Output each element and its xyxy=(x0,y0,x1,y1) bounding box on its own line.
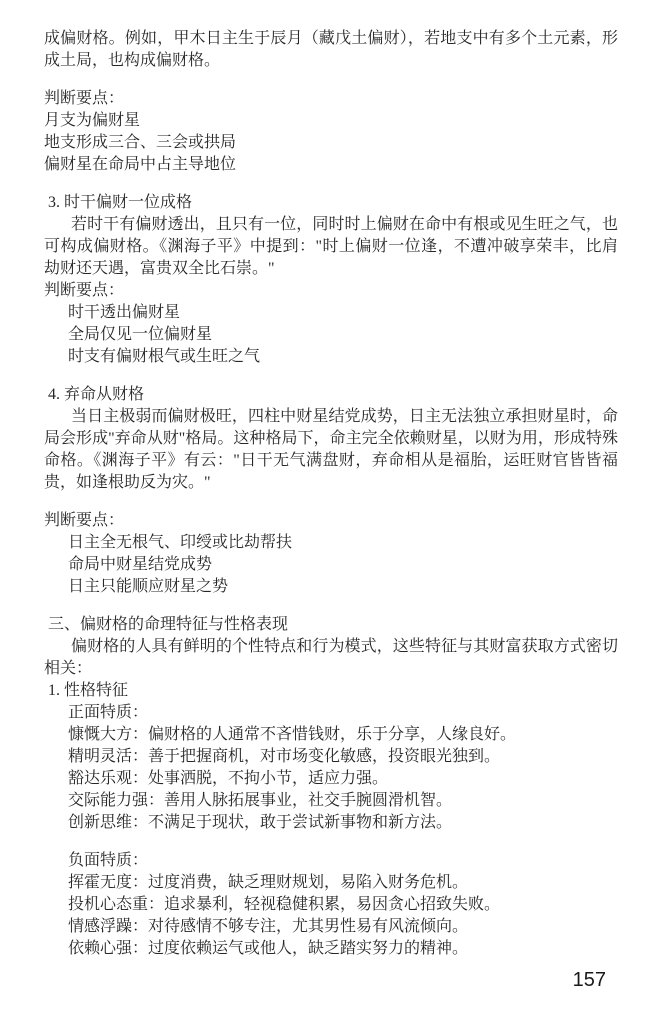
page-number: 157 xyxy=(573,968,606,992)
spacer xyxy=(44,494,618,510)
list-item: 负面特质： xyxy=(44,850,618,872)
label-line: 地支形成三合、三会或拱局 xyxy=(44,132,618,154)
section-heading: 4. 弃命从财格 xyxy=(44,384,618,406)
paragraph: 当日主极弱而偏财极旺，四柱中财星结党成势，日主无法独立承担财星时，命局会形成"弃… xyxy=(44,406,618,494)
list-item: 日主全无根气、印绶或比劫帮扶 xyxy=(44,532,618,554)
list-item: 依赖心强：过度依赖运气或他人，缺乏踏实努力的精神。 xyxy=(44,938,618,960)
spacer xyxy=(44,72,618,88)
label-line: 判断要点： xyxy=(44,88,618,110)
list-item: 投机心态重：追求暴利，轻视稳健积累，易因贪心招致失败。 xyxy=(44,894,618,916)
list-item: 时支有偏财根气或生旺之气 xyxy=(44,346,618,368)
section-heading: 1. 性格特征 xyxy=(44,680,618,702)
section-heading: 3. 时干偏财一位成格 xyxy=(44,192,618,214)
list-item: 正面特质： xyxy=(44,702,618,724)
label-line: 月支为偏财星 xyxy=(44,110,618,132)
label-line: 判断要点： xyxy=(44,510,618,532)
document-page: 成偏财格。例如，甲木日主生于辰月（藏戊土偏财），若地支中有多个土元素，形成土局，… xyxy=(0,0,672,1018)
list-item: 挥霍无度：过度消费，缺乏理财规划，易陷入财务危机。 xyxy=(44,872,618,894)
spacer xyxy=(44,834,618,850)
spacer xyxy=(44,598,618,614)
paragraph: 偏财格的人具有鲜明的个性特点和行为模式，这些特征与其财富获取方式密切相关： xyxy=(44,636,618,680)
label-line: 偏财星在命局中占主导地位 xyxy=(44,154,618,176)
paragraph: 成偏财格。例如，甲木日主生于辰月（藏戊土偏财），若地支中有多个土元素，形成土局，… xyxy=(44,28,618,72)
spacer xyxy=(44,368,618,384)
list-item: 命局中财星结党成势 xyxy=(44,554,618,576)
list-item: 全局仅见一位偏财星 xyxy=(44,324,618,346)
spacer xyxy=(44,176,618,192)
label-line: 判断要点： xyxy=(44,280,618,302)
list-item: 精明灵活：善于把握商机，对市场变化敏感，投资眼光独到。 xyxy=(44,746,618,768)
section-heading: 三、偏财格的命理特征与性格表现 xyxy=(44,614,618,636)
document-content: 成偏财格。例如，甲木日主生于辰月（藏戊土偏财），若地支中有多个土元素，形成土局，… xyxy=(44,28,618,960)
list-item: 豁达乐观：处事洒脱，不拘小节，适应力强。 xyxy=(44,768,618,790)
list-item: 创新思维：不满足于现状，敢于尝试新事物和新方法。 xyxy=(44,812,618,834)
list-item: 时干透出偏财星 xyxy=(44,302,618,324)
list-item: 日主只能顺应财星之势 xyxy=(44,576,618,598)
list-item: 慷慨大方：偏财格的人通常不吝惜钱财，乐于分享，人缘良好。 xyxy=(44,724,618,746)
list-item: 交际能力强：善用人脉拓展事业，社交手腕圆滑机智。 xyxy=(44,790,618,812)
list-item: 情感浮躁：对待感情不够专注，尤其男性易有风流倾向。 xyxy=(44,916,618,938)
paragraph: 若时干有偏财透出，且只有一位，同时时上偏财在命中有根或见生旺之气，也可构成偏财格… xyxy=(44,214,618,280)
